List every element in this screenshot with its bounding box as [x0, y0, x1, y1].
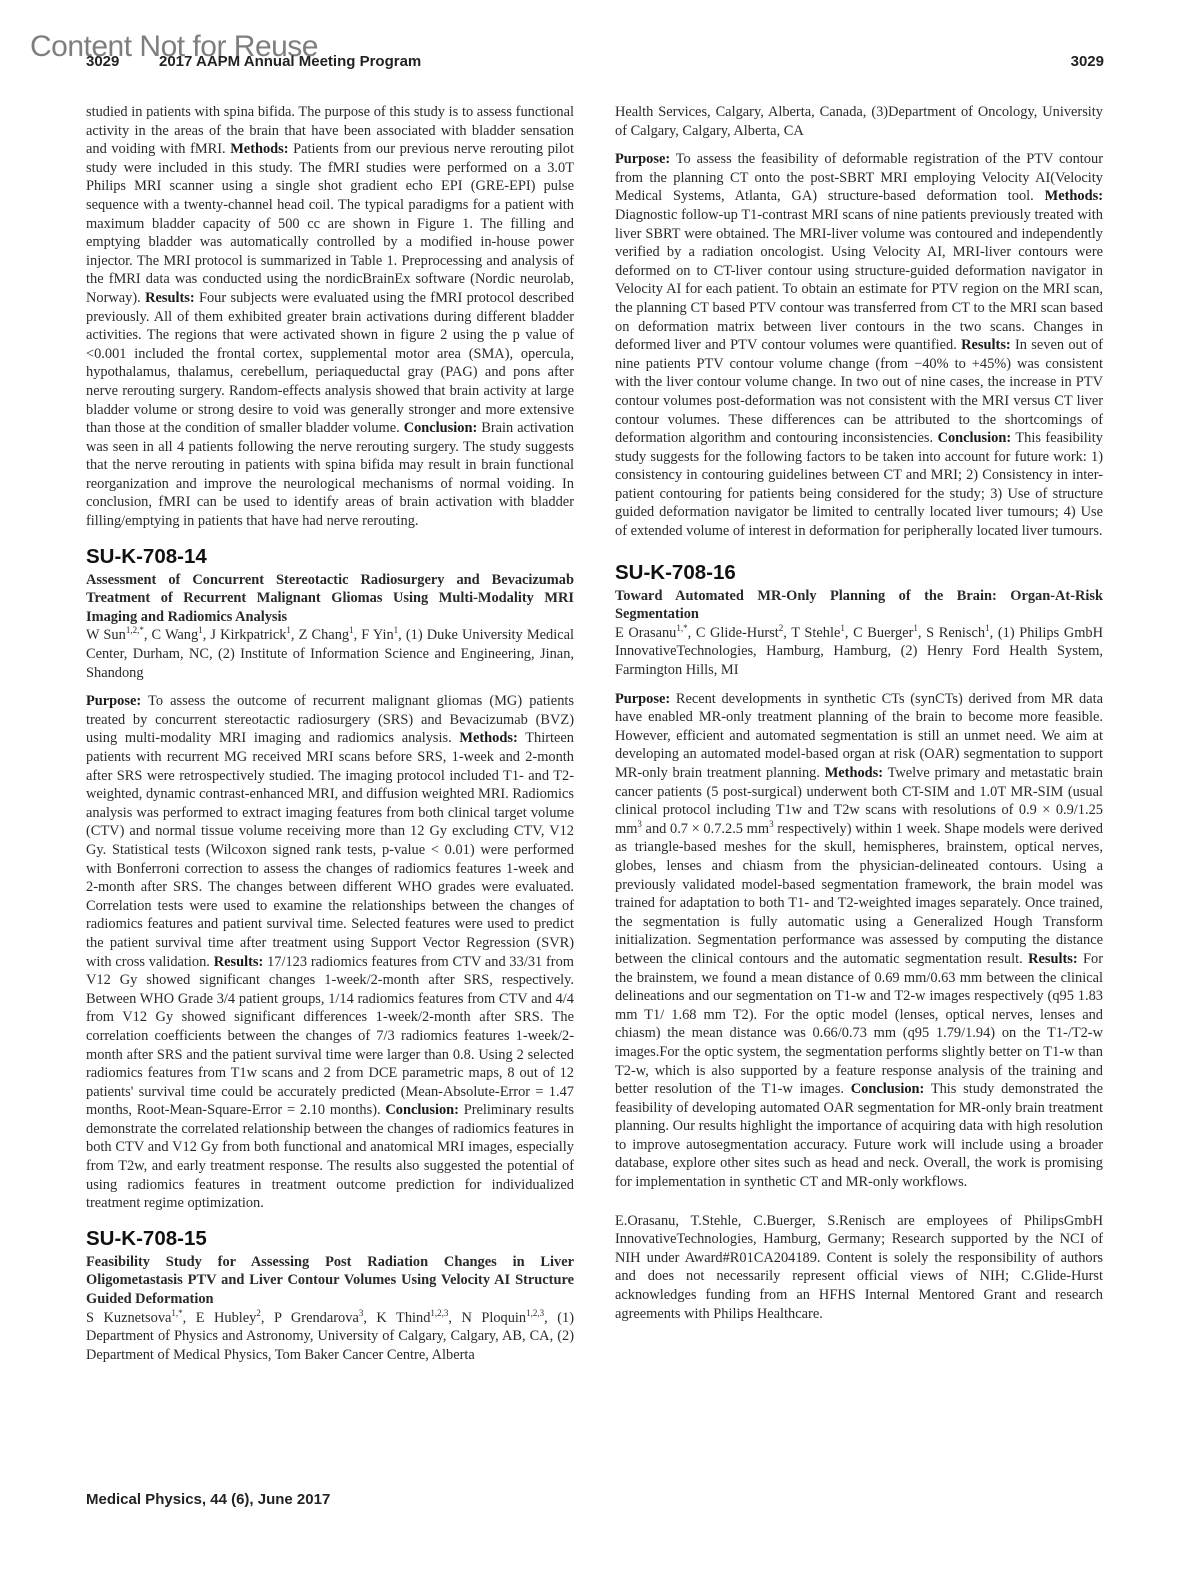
author-list: E Orasanu1,*, C Glide-Hurst2, T Stehle1,… — [615, 624, 1103, 680]
author-list: S Kuznetsova1,*, E Hubley2, P Grendarova… — [86, 1309, 574, 1365]
abstract-body: Purpose: To assess the outcome of recurr… — [86, 692, 574, 1213]
left-column: studied in patients with spina bifida. T… — [86, 103, 574, 1364]
abstract-id: SU-K-708-15 — [86, 1227, 574, 1251]
abstract-body: Purpose: Recent developments in syntheti… — [615, 690, 1103, 1192]
continuation-abstract-body: studied in patients with spina bifida. T… — [86, 103, 574, 531]
journal-citation-footer: Medical Physics, 44 (6), June 2017 — [86, 1491, 330, 1508]
abstract-title: Feasibility Study for Assessing Post Rad… — [86, 1253, 574, 1309]
watermark: Content Not for Reuse — [30, 30, 318, 64]
page-number-right: 3029 — [1071, 53, 1104, 70]
author-list: W Sun1,2,*, C Wang1, J Kirkpatrick1, Z C… — [86, 626, 574, 682]
right-column: Health Services, Calgary, Alberta, Canad… — [615, 103, 1103, 1323]
abstract-id: SU-K-708-16 — [615, 561, 1103, 585]
abstract-title: Assessment of Concurrent Stereotactic Ra… — [86, 571, 574, 627]
affiliations-continued: Health Services, Calgary, Alberta, Canad… — [615, 103, 1103, 140]
abstract-body: Purpose: To assess the feasibility of de… — [615, 150, 1103, 540]
disclosure-statement: E.Orasanu, T.Stehle, C.Buerger, S.Renisc… — [615, 1212, 1103, 1324]
abstract-title: Toward Automated MR-Only Planning of the… — [615, 587, 1103, 624]
abstract-id: SU-K-708-14 — [86, 545, 574, 569]
